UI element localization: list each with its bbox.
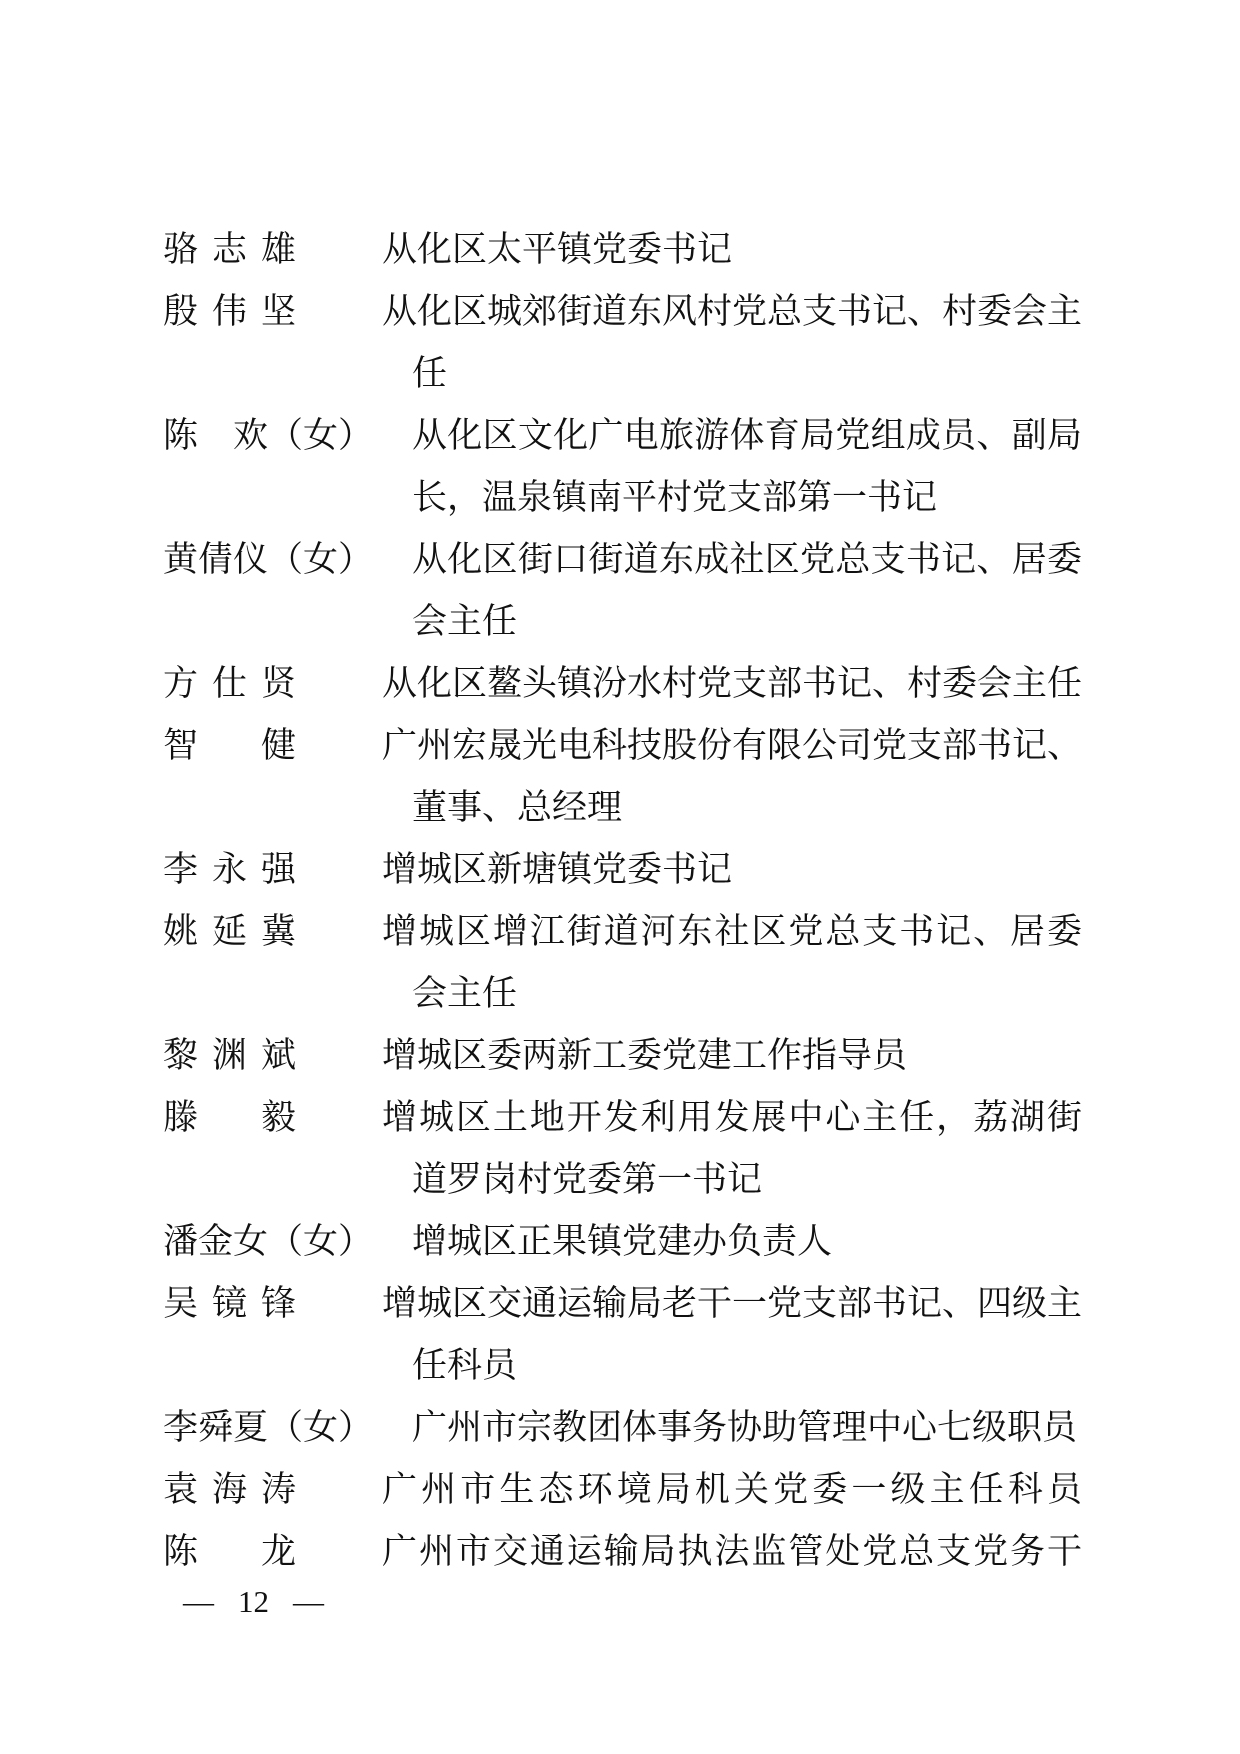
name-column: 李舜夏（女） — [163, 1397, 373, 1459]
name-column: 潘金女（女） — [163, 1211, 373, 1273]
position-title: 从化区太平镇党委书记 — [382, 219, 1082, 281]
roster-entry: 骆志雄从化区太平镇党委书记 — [163, 219, 1103, 281]
title-line: 长，温泉镇南平村党支部第一书记 — [412, 467, 1082, 529]
name-column: 姚延冀 — [163, 901, 310, 963]
title-line: 董事、总经理 — [412, 777, 1082, 839]
person-name: 黄倩仪 — [163, 540, 268, 579]
name-column: 智 健 — [163, 715, 310, 777]
position-title: 增城区新塘镇党委书记 — [382, 839, 1082, 901]
person-name: 潘金女 — [163, 1222, 268, 1261]
position-title: 增城区交通运输局老干一党支部书记、四级主任科员 — [382, 1273, 1082, 1397]
roster-entry: 袁海涛广州市生态环境局机关党委一级主任科员 — [163, 1459, 1103, 1521]
position-title: 增城区增江街道河东社区党总支书记、居委会主任 — [382, 901, 1082, 1025]
person-name: 陈 欢 — [163, 416, 268, 455]
name-column: 吴镜锋 — [163, 1273, 310, 1335]
position-title: 广州宏晟光电科技股份有限公司党支部书记、董事、总经理 — [382, 715, 1082, 839]
position-title: 从化区鳌头镇汾水村党支部书记、村委会主任 — [382, 653, 1082, 715]
page-number: 12 — [238, 1585, 269, 1619]
name-column: 方仕贤 — [163, 653, 310, 715]
title-line: 增城区土地开发利用发展中心主任，荔湖街 — [382, 1087, 1082, 1149]
person-name: 李永强 — [163, 850, 310, 889]
person-name: 姚延冀 — [163, 912, 310, 951]
footer-dash-left: — — [183, 1585, 214, 1619]
person-name: 袁海涛 — [163, 1470, 310, 1509]
title-line: 增城区交通运输局老干一党支部书记、四级主 — [382, 1273, 1082, 1335]
title-line: 增城区新塘镇党委书记 — [382, 839, 1082, 901]
position-title: 从化区街口街道东成社区党总支书记、居委会主任 — [412, 529, 1082, 653]
position-title: 从化区城郊街道东风村党总支书记、村委会主任 — [382, 281, 1082, 405]
roster-entry: 滕 毅增城区土地开发利用发展中心主任，荔湖街道罗岗村党委第一书记 — [163, 1087, 1103, 1211]
name-column: 陈 龙 — [163, 1521, 310, 1583]
title-line: 增城区增江街道河东社区党总支书记、居委 — [382, 901, 1082, 963]
title-line: 广州宏晟光电科技股份有限公司党支部书记、 — [382, 715, 1082, 777]
roster-entry: 智 健广州宏晟光电科技股份有限公司党支部书记、董事、总经理 — [163, 715, 1103, 839]
title-line: 从化区太平镇党委书记 — [382, 219, 1082, 281]
title-line: 会主任 — [412, 591, 1082, 653]
roster-entry: 李永强增城区新塘镇党委书记 — [163, 839, 1103, 901]
position-title: 广州市宗教团体事务协助管理中心七级职员 — [412, 1397, 1082, 1459]
person-name: 骆志雄 — [163, 230, 310, 269]
title-line: 会主任 — [412, 963, 1082, 1025]
title-line: 从化区文化广电旅游体育局党组成员、副局 — [412, 405, 1082, 467]
roster-entry: 方仕贤从化区鳌头镇汾水村党支部书记、村委会主任 — [163, 653, 1103, 715]
title-line: 广州市宗教团体事务协助管理中心七级职员 — [412, 1397, 1082, 1459]
name-column: 李永强 — [163, 839, 310, 901]
position-title: 增城区土地开发利用发展中心主任，荔湖街道罗岗村党委第一书记 — [382, 1087, 1082, 1211]
position-title: 广州市交通运输局执法监管处党总支党务干 — [382, 1521, 1082, 1583]
name-column: 袁海涛 — [163, 1459, 310, 1521]
name-column: 骆志雄 — [163, 219, 310, 281]
position-title: 从化区文化广电旅游体育局党组成员、副局长，温泉镇南平村党支部第一书记 — [412, 405, 1082, 529]
name-column: 殷伟坚 — [163, 281, 310, 343]
title-line: 广州市生态环境局机关党委一级主任科员 — [382, 1459, 1082, 1521]
title-line: 任 — [412, 343, 1082, 405]
roster-entry: 黎渊斌增城区委两新工委党建工作指导员 — [163, 1025, 1103, 1087]
gender-note: （女） — [268, 540, 373, 579]
roster-list: 骆志雄从化区太平镇党委书记殷伟坚从化区城郊街道东风村党总支书记、村委会主任陈 欢… — [163, 219, 1103, 1583]
gender-note: （女） — [268, 416, 373, 455]
roster-entry: 李舜夏（女）广州市宗教团体事务协助管理中心七级职员 — [163, 1397, 1103, 1459]
title-line: 从化区街口街道东成社区党总支书记、居委 — [412, 529, 1082, 591]
person-name: 李舜夏 — [163, 1408, 268, 1447]
title-line: 任科员 — [412, 1335, 1082, 1397]
position-title: 增城区委两新工委党建工作指导员 — [382, 1025, 1082, 1087]
document-page: 骆志雄从化区太平镇党委书记殷伟坚从化区城郊街道东风村党总支书记、村委会主任陈 欢… — [0, 0, 1240, 1754]
person-name: 陈 龙 — [163, 1532, 310, 1571]
roster-entry: 殷伟坚从化区城郊街道东风村党总支书记、村委会主任 — [163, 281, 1103, 405]
roster-entry: 潘金女（女）增城区正果镇党建办负责人 — [163, 1211, 1103, 1273]
title-line: 增城区委两新工委党建工作指导员 — [382, 1025, 1082, 1087]
roster-entry: 陈 龙广州市交通运输局执法监管处党总支党务干 — [163, 1521, 1103, 1583]
roster-entry: 陈 欢（女）从化区文化广电旅游体育局党组成员、副局长，温泉镇南平村党支部第一书记 — [163, 405, 1103, 529]
roster-entry: 黄倩仪（女）从化区街口街道东成社区党总支书记、居委会主任 — [163, 529, 1103, 653]
person-name: 滕 毅 — [163, 1098, 310, 1137]
position-title: 增城区正果镇党建办负责人 — [412, 1211, 1082, 1273]
gender-note: （女） — [268, 1222, 373, 1261]
title-line: 道罗岗村党委第一书记 — [412, 1149, 1082, 1211]
gender-note: （女） — [268, 1408, 373, 1447]
person-name: 吴镜锋 — [163, 1284, 310, 1323]
title-line: 从化区城郊街道东风村党总支书记、村委会主 — [382, 281, 1082, 343]
person-name: 智 健 — [163, 726, 310, 765]
name-column: 滕 毅 — [163, 1087, 310, 1149]
person-name: 方仕贤 — [163, 664, 310, 703]
title-line: 广州市交通运输局执法监管处党总支党务干 — [382, 1521, 1082, 1583]
roster-entry: 姚延冀增城区增江街道河东社区党总支书记、居委会主任 — [163, 901, 1103, 1025]
person-name: 黎渊斌 — [163, 1036, 310, 1075]
name-column: 陈 欢（女） — [163, 405, 373, 467]
footer-dash-right: — — [293, 1585, 324, 1619]
position-title: 广州市生态环境局机关党委一级主任科员 — [382, 1459, 1082, 1521]
name-column: 黎渊斌 — [163, 1025, 310, 1087]
title-line: 增城区正果镇党建办负责人 — [412, 1211, 1082, 1273]
person-name: 殷伟坚 — [163, 292, 310, 331]
page-footer: — 12 — — [183, 1585, 324, 1619]
roster-entry: 吴镜锋增城区交通运输局老干一党支部书记、四级主任科员 — [163, 1273, 1103, 1397]
title-line: 从化区鳌头镇汾水村党支部书记、村委会主任 — [382, 653, 1082, 715]
name-column: 黄倩仪（女） — [163, 529, 373, 591]
